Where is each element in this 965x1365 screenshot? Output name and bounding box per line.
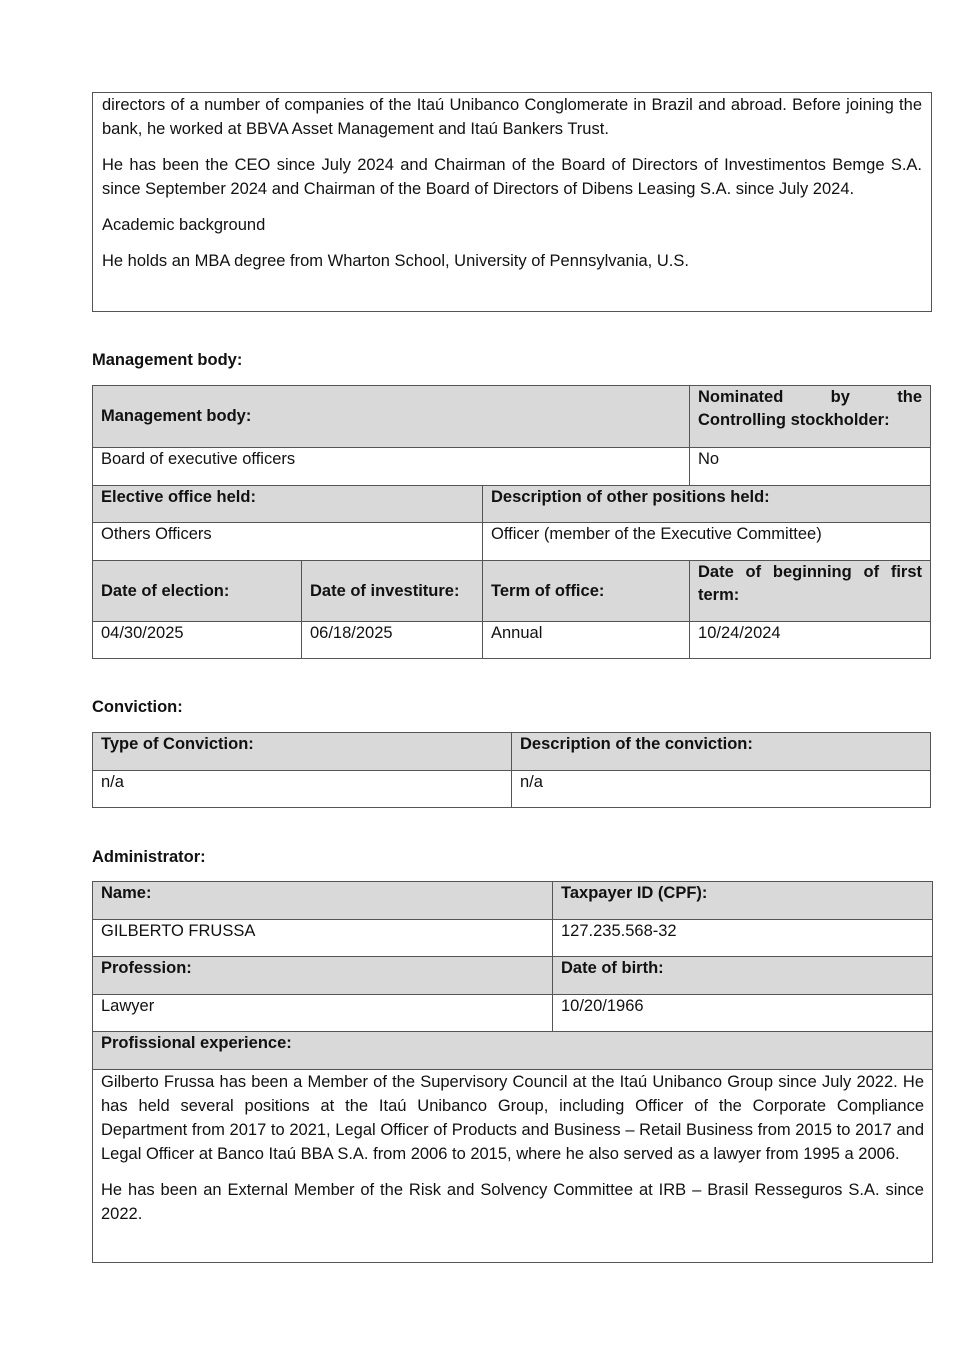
administrator-table: Name: Taxpayer ID (CPF): GILBERTO FRUSSA… — [92, 881, 933, 1263]
management-table: Management body: Nominated by the Contro… — [92, 385, 931, 659]
conviction-description-label: Description of the conviction: — [512, 733, 931, 771]
date-election-value: 04/30/2025 — [93, 622, 302, 659]
nominated-label: Nominated by the Controlling stockholder… — [690, 386, 931, 448]
first-term-label-line1: Date of beginning of first — [698, 561, 922, 584]
bio-paragraph: directors of a number of companies of th… — [102, 93, 922, 141]
conviction-section-title: Conviction: — [92, 697, 183, 717]
name-value: GILBERTO FRUSSA — [93, 920, 553, 957]
bio-paragraph: He has been the CEO since July 2024 and … — [102, 153, 922, 201]
first-term-label-line2: term: — [698, 584, 922, 607]
cpf-value: 127.235.568-32 — [553, 920, 933, 957]
academic-background-label: Academic background — [102, 213, 922, 237]
profession-value: Lawyer — [93, 995, 553, 1032]
name-label: Name: — [93, 882, 553, 920]
term-of-office-label: Term of office: — [483, 561, 690, 622]
bio-continuation-box: directors of a number of companies of th… — [92, 92, 932, 312]
management-body-label: Management body: — [93, 386, 690, 448]
first-term-label: Date of beginning of first term: — [690, 561, 931, 622]
conviction-description-value: n/a — [512, 771, 931, 808]
management-section-title: Management body: — [92, 350, 242, 370]
birth-date-label: Date of birth: — [553, 957, 933, 995]
date-election-label: Date of election: — [93, 561, 302, 622]
experience-paragraph: He has been an External Member of the Ri… — [101, 1178, 924, 1226]
management-body-value: Board of executive officers — [93, 448, 690, 486]
elective-office-label: Elective office held: — [93, 486, 483, 523]
other-positions-value: Officer (member of the Executive Committ… — [483, 523, 931, 561]
academic-background-text: He holds an MBA degree from Wharton Scho… — [102, 249, 922, 273]
date-investiture-label: Date of investiture: — [302, 561, 483, 622]
administrator-section-title: Administrator: — [92, 847, 206, 867]
profession-label: Profession: — [93, 957, 553, 995]
date-investiture-value: 06/18/2025 — [302, 622, 483, 659]
elective-office-value: Others Officers — [93, 523, 483, 561]
birth-date-value: 10/20/1966 — [553, 995, 933, 1032]
conviction-table: Type of Conviction: Description of the c… — [92, 732, 931, 808]
other-positions-label: Description of other positions held: — [483, 486, 931, 523]
experience-paragraph: Gilberto Frussa has been a Member of the… — [101, 1070, 924, 1166]
term-of-office-value: Annual — [483, 622, 690, 659]
first-term-value: 10/24/2024 — [690, 622, 931, 659]
conviction-type-value: n/a — [93, 771, 512, 808]
cpf-label: Taxpayer ID (CPF): — [553, 882, 933, 920]
nominated-value: No — [690, 448, 931, 486]
nominated-label-line1: Nominated by the — [698, 386, 922, 409]
nominated-label-line2: Controlling stockholder: — [698, 409, 922, 432]
experience-label: Profissional experience: — [93, 1032, 933, 1070]
conviction-type-label: Type of Conviction: — [93, 733, 512, 771]
experience-text: Gilberto Frussa has been a Member of the… — [93, 1070, 933, 1263]
